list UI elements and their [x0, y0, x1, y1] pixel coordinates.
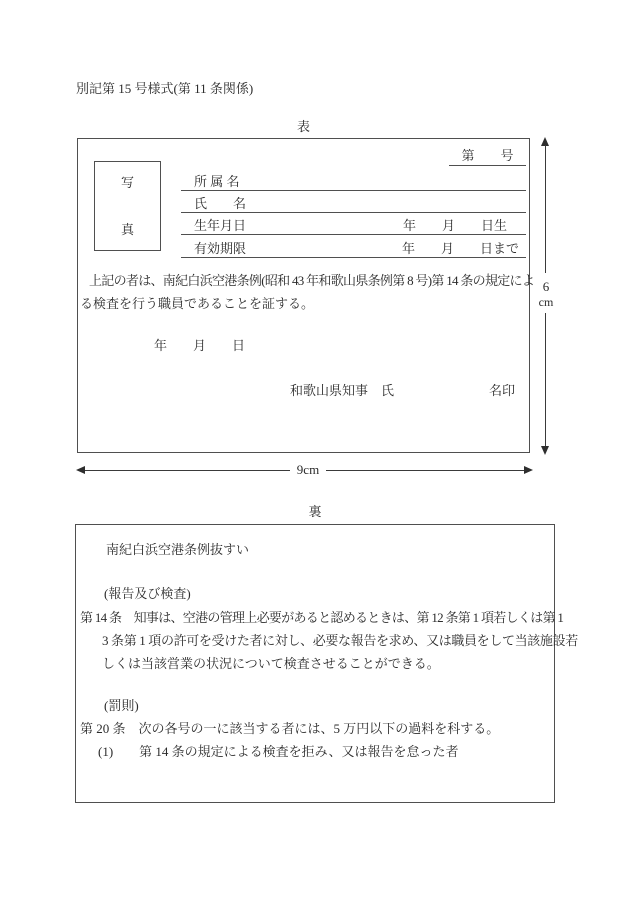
seal-label: 名印: [489, 383, 515, 398]
dimension-line-vertical-top: [545, 145, 546, 273]
photo-label-top: 写: [121, 172, 134, 191]
photo-label-bottom: 真: [121, 219, 134, 238]
issue-date-line: 年 月 日: [154, 338, 245, 353]
height-dimension-value: 6: [536, 279, 556, 294]
dimension-line-horizontal-right: [326, 470, 525, 471]
back-article20-item1: (1) 第 14 条の規定による検査を拒み、又は報告を怠った者: [98, 744, 458, 759]
form-document-page: 別記第 15 号様式(第 11 条関係) 表 第 号 写 真 所 属 名 氏 名…: [0, 0, 630, 915]
certificate-number-field: 第 号: [449, 148, 526, 166]
back-side-label: 裏: [75, 504, 555, 519]
certification-text-line1: 上記の者は、南紀白浜空港条例(昭和 43 年和歌山県条例第 8 号)第 14 条…: [89, 273, 534, 288]
field-suffix-expiry: 年 月 日まで: [402, 241, 526, 257]
certification-text-line2: る検査を行う職員であることを証する。: [80, 296, 314, 311]
certificate-front-card: 第 号 写 真 所 属 名 氏 名 生年月日 年 月 日生 有効期限 年 月 日…: [77, 138, 530, 453]
height-dimension-unit: cm: [534, 295, 558, 310]
back-article14-line2: 3 条第 1 項の許可を受けた者に対し、必要な報告を求め、又は職員をして当該施設…: [102, 633, 578, 648]
back-section-heading-report: (報告及び検査): [104, 586, 191, 601]
field-row-expiry: 有効期限 年 月 日まで: [181, 237, 526, 258]
form-title: 別記第 15 号様式(第 11 条関係): [76, 81, 253, 96]
front-side-label: 表: [77, 119, 530, 134]
field-row-birthdate: 生年月日 年 月 日生: [181, 214, 526, 235]
field-suffix-birthdate: 年 月 日生: [403, 218, 526, 234]
back-section-heading-penalty: (罰則): [104, 698, 139, 713]
width-dimension-label: 9cm: [290, 462, 326, 477]
dimension-arrow-right-icon: [524, 466, 533, 474]
field-label-affiliation: 所 属 名: [181, 174, 240, 190]
dimension-line-vertical-bottom: [545, 313, 546, 447]
dimension-arrow-left-icon: [76, 466, 85, 474]
field-label-expiry: 有効期限: [181, 241, 246, 257]
certificate-back-panel: 南紀白浜空港条例抜すい (報告及び検査) 第 14 条 知事は、空港の管理上必要…: [75, 524, 555, 803]
back-excerpt-title: 南紀白浜空港条例抜すい: [106, 542, 249, 557]
photo-box: 写 真: [94, 161, 161, 251]
field-label-birthdate: 生年月日: [181, 218, 246, 234]
back-article14-line1: 第 14 条 知事は、空港の管理上必要があると認めるときは、第 12 条第 1 …: [80, 610, 563, 625]
back-article20-line1: 第 20 条 次の各号の一に該当する者には、5 万円以下の過料を科する。: [80, 721, 499, 736]
back-article14-line3: しくは当該営業の状況について検査させることができる。: [102, 656, 440, 671]
dimension-arrow-down-icon: [541, 446, 549, 455]
field-row-name: 氏 名: [181, 192, 526, 213]
dimension-line-horizontal-left: [85, 470, 290, 471]
field-row-affiliation: 所 属 名: [181, 170, 526, 191]
governor-signature-label: 和歌山県知事 氏: [290, 383, 394, 398]
field-label-name: 氏 名: [181, 196, 246, 212]
